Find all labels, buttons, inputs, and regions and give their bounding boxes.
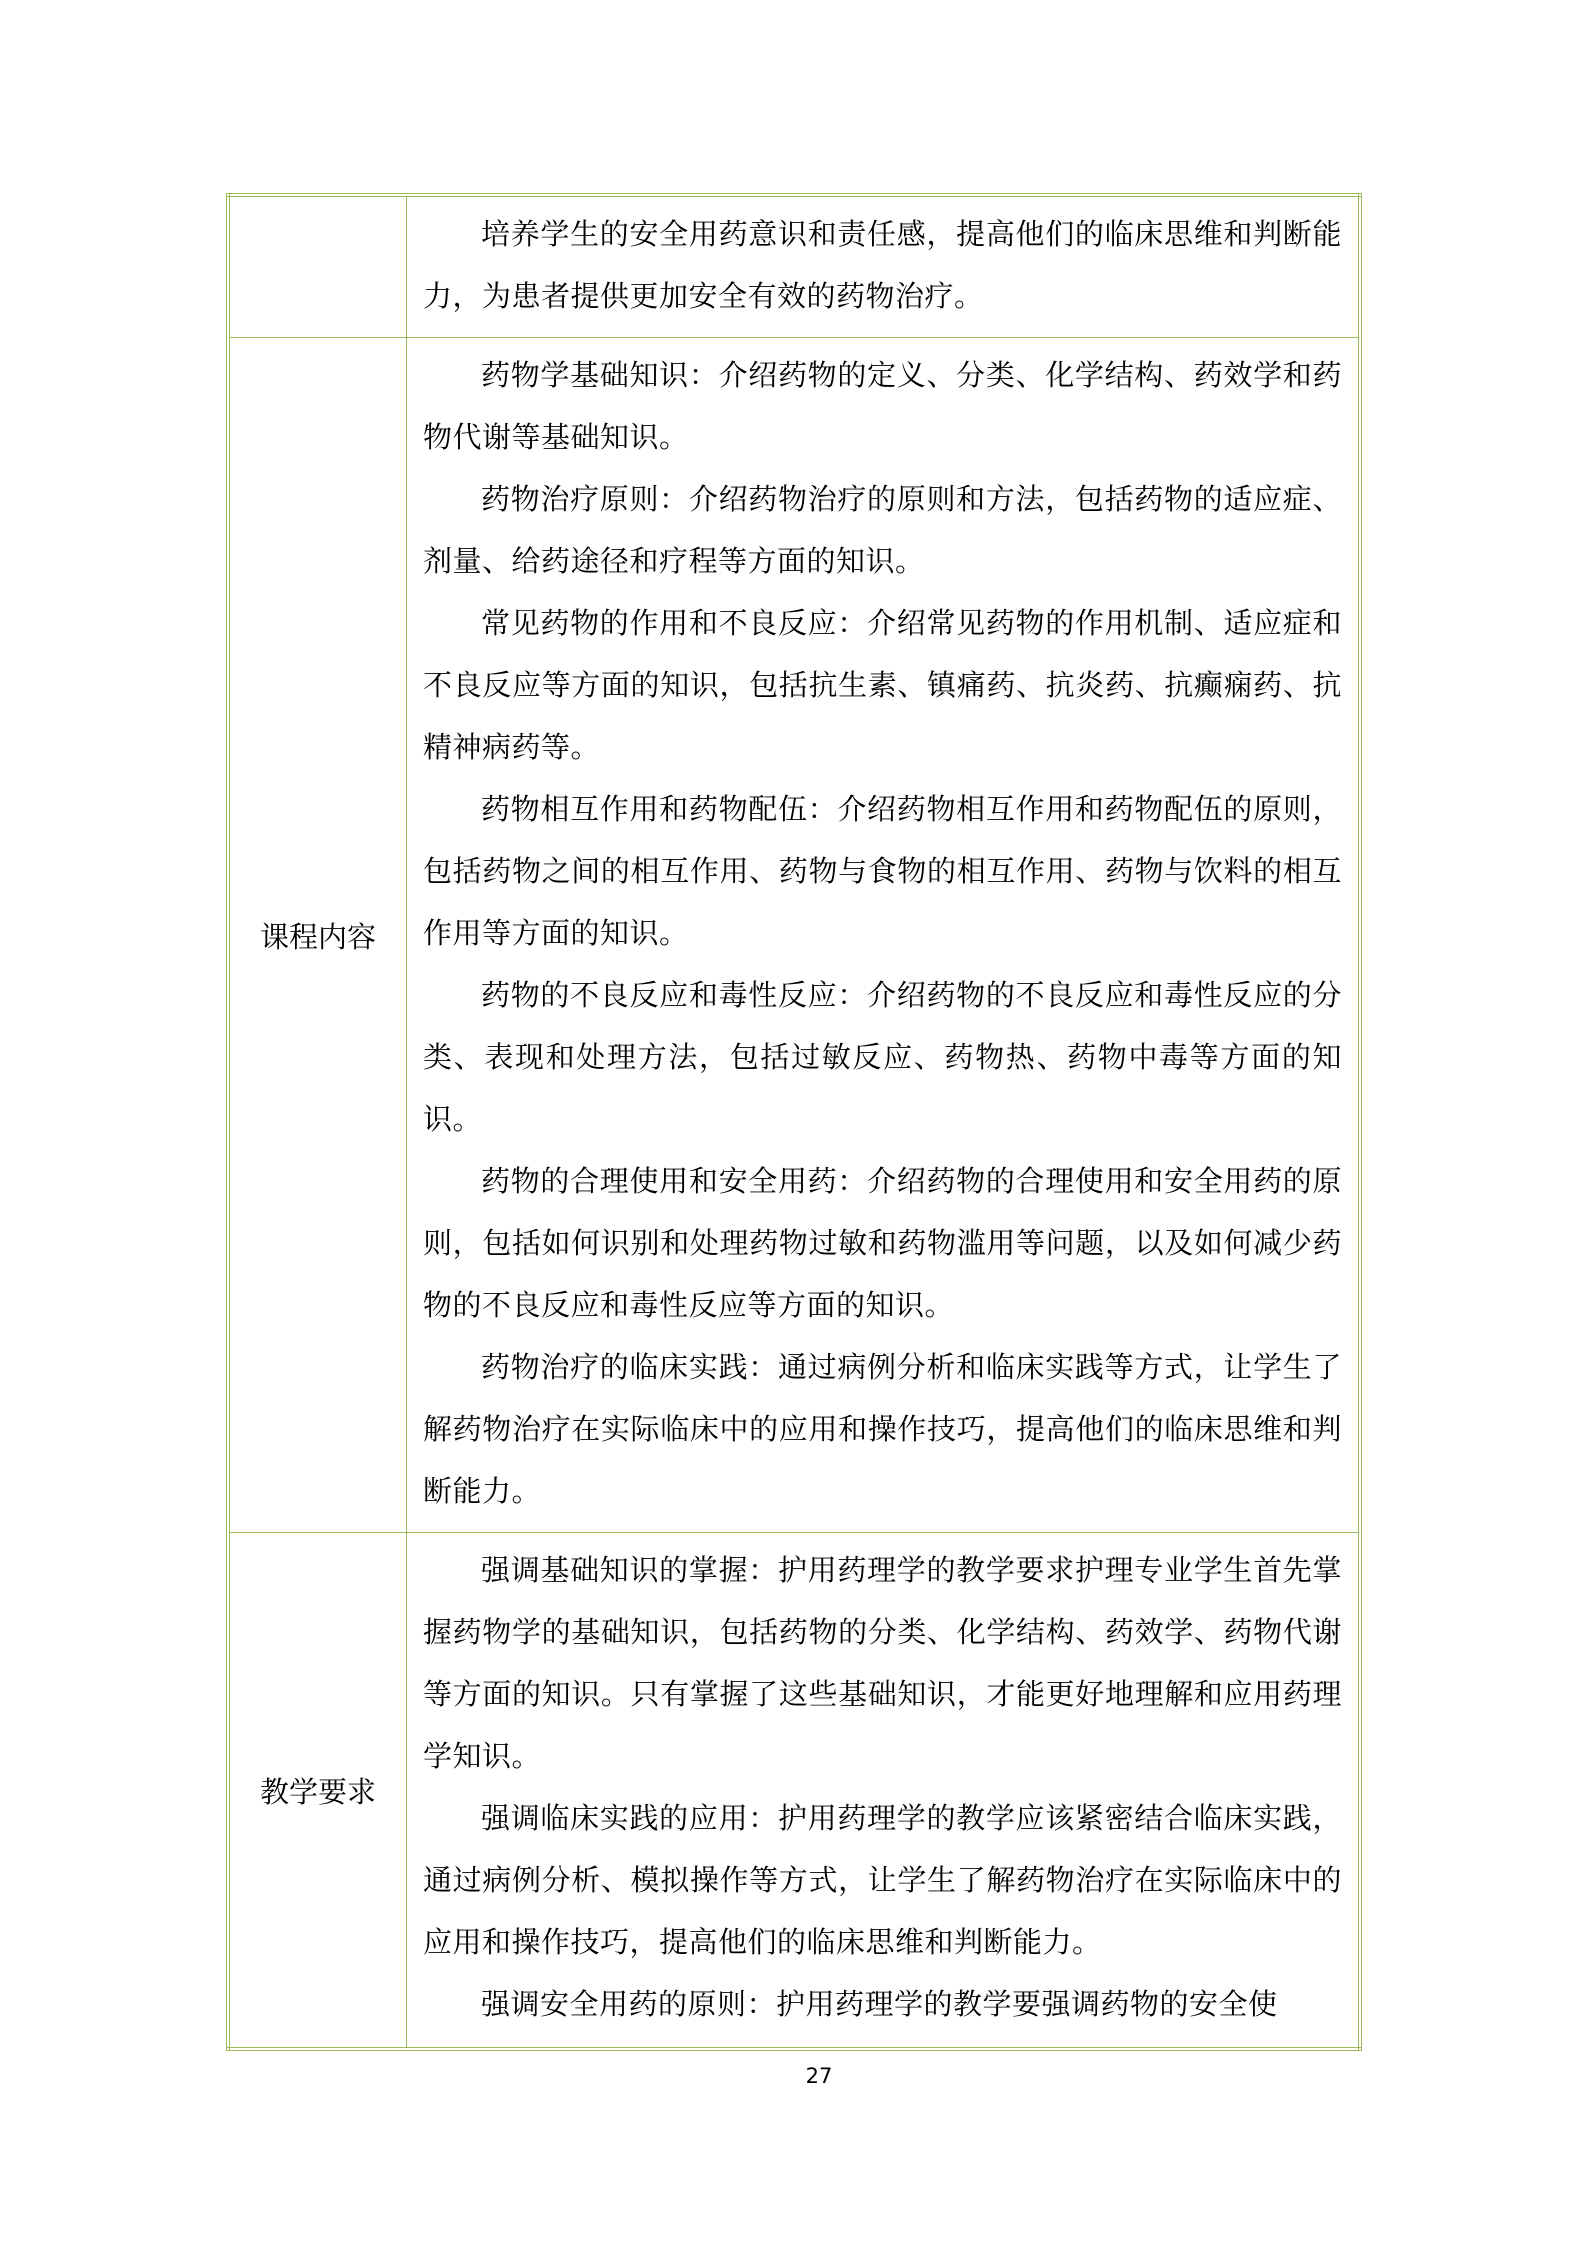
- row-label-course-content: 课程内容: [228, 338, 407, 1533]
- paragraph: 强调临床实践的应用：护用药理学的教学应该紧密结合临床实践，通过病例分析、模拟操作…: [423, 1787, 1342, 1973]
- paragraph: 药物的合理使用和安全用药：介绍药物的合理使用和安全用药的原则，包括如何识别和处理…: [423, 1150, 1342, 1336]
- table-row: 培养学生的安全用药意识和责任感，提高他们的临床思维和判断能力，为患者提供更加安全…: [228, 195, 1360, 338]
- paragraph: 药物治疗的临床实践：通过病例分析和临床实践等方式，让学生了解药物治疗在实际临床中…: [423, 1336, 1342, 1522]
- paragraph: 强调安全用药的原则：护用药理学的教学要强调药物的安全使: [423, 1973, 1342, 2035]
- paragraph: 药物的不良反应和毒性反应：介绍药物的不良反应和毒性反应的分类、表现和处理方法，包…: [423, 964, 1342, 1150]
- paragraph: 培养学生的安全用药意识和责任感，提高他们的临床思维和判断能力，为患者提供更加安全…: [423, 203, 1342, 327]
- row-label: [228, 195, 407, 338]
- paragraph: 常见药物的作用和不良反应：介绍常见药物的作用机制、适应症和不良反应等方面的知识，…: [423, 592, 1342, 778]
- paragraph: 强调基础知识的掌握：护用药理学的教学要求护理专业学生首先掌握药物学的基础知识，包…: [423, 1539, 1342, 1787]
- row-content: 培养学生的安全用药意识和责任感，提高他们的临床思维和判断能力，为患者提供更加安全…: [407, 195, 1361, 338]
- page-number: 27: [0, 2064, 1587, 2088]
- paragraph: 药物相互作用和药物配伍：介绍药物相互作用和药物配伍的原则，包括药物之间的相互作用…: [423, 778, 1342, 964]
- row-label-teaching-requirements: 教学要求: [228, 1533, 407, 2050]
- paragraph: 药物学基础知识：介绍药物的定义、分类、化学结构、药效学和药物代谢等基础知识。: [423, 344, 1342, 468]
- table-row: 教学要求 强调基础知识的掌握：护用药理学的教学要求护理专业学生首先掌握药物学的基…: [228, 1533, 1360, 2050]
- paragraph: 药物治疗原则：介绍药物治疗的原则和方法，包括药物的适应症、剂量、给药途径和疗程等…: [423, 468, 1342, 592]
- course-table: 培养学生的安全用药意识和责任感，提高他们的临床思维和判断能力，为患者提供更加安全…: [226, 193, 1362, 2051]
- row-content: 药物学基础知识：介绍药物的定义、分类、化学结构、药效学和药物代谢等基础知识。 药…: [407, 338, 1361, 1533]
- table-row: 课程内容 药物学基础知识：介绍药物的定义、分类、化学结构、药效学和药物代谢等基础…: [228, 338, 1360, 1533]
- row-content: 强调基础知识的掌握：护用药理学的教学要求护理专业学生首先掌握药物学的基础知识，包…: [407, 1533, 1361, 2050]
